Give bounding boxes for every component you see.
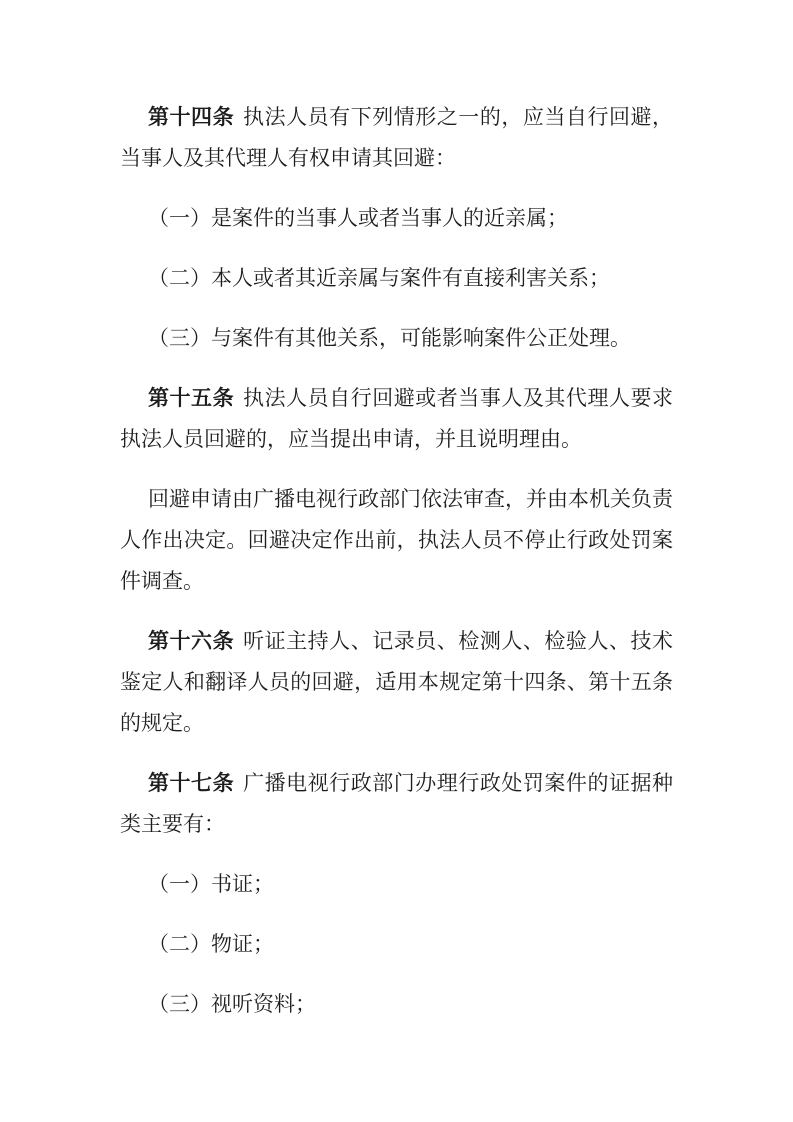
article-14-number: 第十四条 [148, 105, 234, 129]
article-15-number: 第十五条 [148, 386, 234, 410]
article-16-number: 第十六条 [148, 629, 234, 653]
article-17-item-1: （一）书证； [120, 864, 673, 905]
article-17-paragraph: 第十七条广播电视行政部门办理行政处罚案件的证据种类主要有： [120, 763, 673, 845]
article-15-paragraph-2: 回避申请由广播电视行政部门依法审查，并由本机关负责人作出决定。回避决定作出前，执… [120, 479, 673, 602]
document-page: 第十四条执法人员有下列情形之一的，应当自行回避，当事人及其代理人有权申请其回避：… [0, 0, 793, 1122]
article-17-item-2: （二）物证； [120, 924, 673, 965]
article-17-item-3: （三）视听资料； [120, 984, 673, 1025]
article-15-paragraph: 第十五条执法人员自行回避或者当事人及其代理人要求执法人员回避的，应当提出申请，并… [120, 378, 673, 460]
article-14-item-2: （二）本人或者其近亲属与案件有直接利害关系； [120, 258, 673, 299]
article-17-number: 第十七条 [148, 771, 234, 795]
article-14-item-1: （一）是案件的当事人或者当事人的近亲属； [120, 198, 673, 239]
article-16-paragraph: 第十六条听证主持人、记录员、检测人、检验人、技术鉴定人和翻译人员的回避，适用本规… [120, 621, 673, 744]
article-14-item-3: （三）与案件有其他关系，可能影响案件公正处理。 [120, 318, 673, 359]
article-14-paragraph: 第十四条执法人员有下列情形之一的，应当自行回避，当事人及其代理人有权申请其回避： [120, 97, 673, 179]
